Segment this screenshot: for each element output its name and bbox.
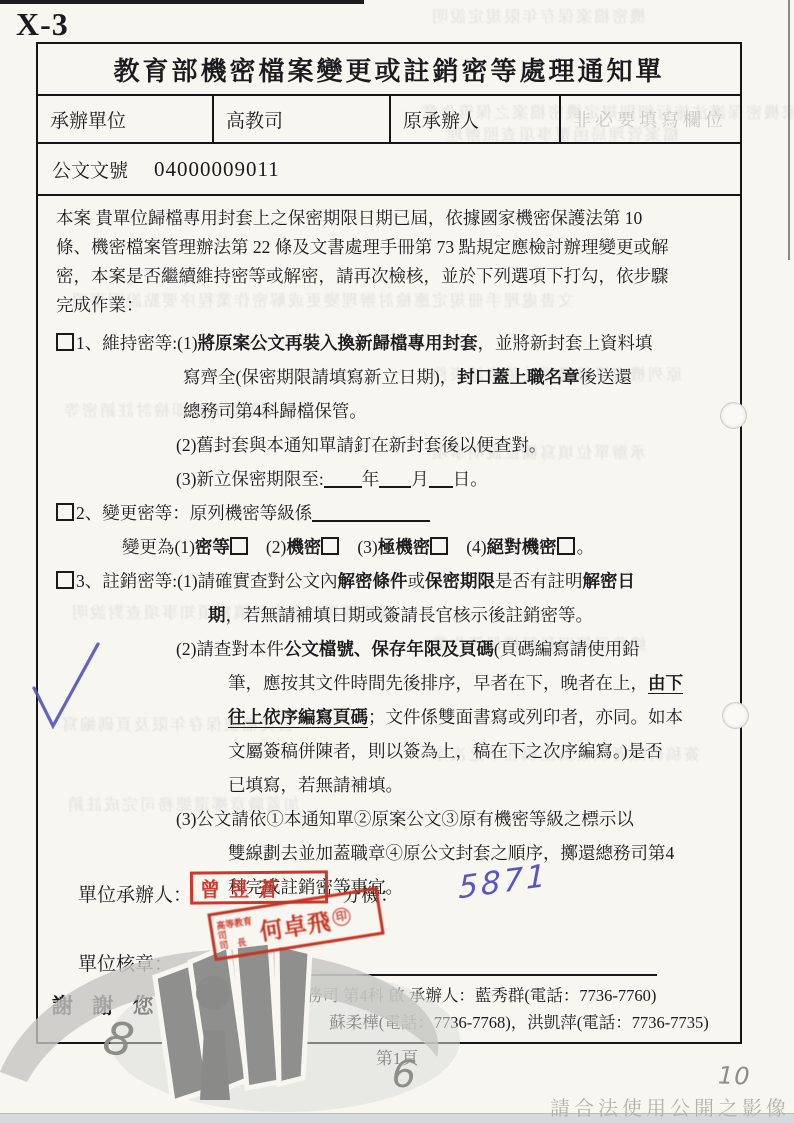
original-handler-label: 原承辦人 xyxy=(391,96,561,142)
item1-line3: 總務司第4科歸檔保管。 xyxy=(56,394,728,428)
intro-paragraph: 本案 貴單位歸檔專用封套上之保密期限日期已屆，依據國家機密保護法第 10 條、機… xyxy=(56,204,728,320)
checkbox-item1[interactable] xyxy=(56,333,74,351)
form-code-label: X-3 xyxy=(16,6,69,43)
checkbox-grade-1[interactable] xyxy=(230,537,248,555)
item3-line5: 往上依序編寫頁碼；文件係雙面書寫或列印者，亦同。如本 xyxy=(56,700,728,734)
intro-line: 密，本案是否繼續維持密等或解密，請再次檢核，並於下列選項下打勾，依步驟 xyxy=(56,262,728,291)
thanks-text: 謝 謝 您 的 合 作 xyxy=(52,982,281,1036)
unit-seal-row: 單位核章： xyxy=(78,949,657,976)
contact-line1: 總務司 第4科 啟 承辦人：藍秀群(電話：7736-7760) xyxy=(289,982,708,1009)
item3-line9: 雙線劃去並加蓋職章④原公文封套之順序，擲還總務司第4 xyxy=(56,836,728,870)
year-blank[interactable] xyxy=(324,470,362,488)
item1-sub2: (2)舊封套與本通知單請釘在新封套後以便查對。 xyxy=(56,428,728,462)
item2-line1: 2、變更密等：原列機密等級係 xyxy=(56,496,728,530)
item3-sub3: (3)公文請依①本通知單②原案公文③原有機密等級之標示以 xyxy=(56,802,728,836)
handling-unit-value[interactable]: 高教司 xyxy=(214,96,391,142)
month-blank[interactable] xyxy=(379,470,411,488)
contact-line2: 蘇柔樺(電話：7736-7768)，洪凱萍(電話：7736-7735) xyxy=(289,1009,708,1036)
notice-form: 教育部機密檔案變更或註銷密等處理通知單 承辦單位 高教司 原承辦人 非必要填寫欄… xyxy=(36,42,742,1044)
item3-line6: 文屬簽稿併陳者，則以簽為上，稿在下之次序編寫。)是否 xyxy=(56,734,728,768)
optional-field-note: 非必要填寫欄位 xyxy=(561,96,740,142)
checkbox-item2[interactable] xyxy=(56,503,74,521)
intro-line: 本案 貴單位歸檔專用封套上之保密期限日期已屆，依據國家機密保護法第 10 xyxy=(56,204,728,233)
original-grade-blank[interactable] xyxy=(312,504,430,522)
intro-line: 完成作業： xyxy=(56,291,728,320)
footer-row: 謝 謝 您 的 合 作 總務司 第4科 啟 承辦人：藍秀群(電話：7736-77… xyxy=(52,982,728,1036)
form-body: 本案 貴單位歸檔專用封套上之保密期限日期已屆，依據國家機密保護法第 10 條、機… xyxy=(38,196,740,904)
item3-line4: 筆，應按其文件時間先後排序，早者在下，晚者在上，由下 xyxy=(56,666,728,700)
doc-number-value[interactable]: 04000009011 xyxy=(154,157,280,182)
checkbox-item3[interactable] xyxy=(56,571,74,589)
hole-punch xyxy=(720,402,747,429)
scan-right-edge xyxy=(788,0,790,260)
scan-top-edge xyxy=(0,0,364,4)
item3-line2: 期，若無請補填日期或簽請長官核示後註銷密等。 xyxy=(56,598,728,632)
doc-number-row: 公文文號 04000009011 xyxy=(38,144,740,196)
doc-number-label: 公文文號 xyxy=(52,156,128,183)
approver-name: 何卓飛 xyxy=(257,902,333,946)
day-blank[interactable] xyxy=(429,470,453,488)
checkbox-grade-2[interactable] xyxy=(321,537,339,555)
item2-line2: 變更為(1)密等(2)機密(3)極機密(4)絕對機密。 xyxy=(56,530,728,564)
form-header-row: 承辦單位 高教司 原承辦人 非必要填寫欄位 xyxy=(38,96,740,144)
unit-seal-signature-line[interactable] xyxy=(179,952,657,976)
contact-info: 總務司 第4科 啟 承辦人：藍秀群(電話：7736-7760) 蘇柔樺(電話：7… xyxy=(289,982,708,1036)
item3-sub2: (2)請查對本件公文檔號、保存年限及頁碼(頁碼編寫請使用鉛 xyxy=(56,632,728,666)
handling-unit-label: 承辦單位 xyxy=(38,96,214,142)
form-title-row: 教育部機密檔案變更或註銷密等處理通知單 xyxy=(38,44,740,96)
item1-line1: 1、維持密等:(1)將原案公文再裝入換新歸檔專用封套，並將新封套上資料填 xyxy=(56,326,728,360)
item1-sub3: (3)新立保密期限至:年月日。 xyxy=(56,462,728,496)
checkbox-grade-3[interactable] xyxy=(430,537,448,555)
bleedthrough-text: 機密檔案保存年限規定說明 xyxy=(430,4,646,27)
unit-seal-label: 單位核章： xyxy=(78,949,173,976)
checkbox-grade-4[interactable] xyxy=(557,537,575,555)
item3-line7: 已填寫，若無請補填。 xyxy=(56,768,728,802)
unit-handler-label: 單位承辦人： xyxy=(78,880,192,907)
copyright-watermark: 請合法使用公開之影像 xyxy=(550,1092,790,1121)
item3-line1: 3、註銷密等:(1)請確實查對公文內解密條件或保密期限是否有註明解密日 xyxy=(56,564,728,598)
intro-line: 條、機密檔案管理辦法第 22 條及文書處理手冊第 73 點規定應檢討辦理變更或解 xyxy=(56,233,728,262)
seal-mark: 印 xyxy=(331,907,352,928)
hole-punch xyxy=(722,702,749,729)
scanned-document-page: { "page": { "corner_label": "X-3", "page… xyxy=(0,0,794,1123)
pencil-mark-right: 10 xyxy=(718,1061,752,1090)
pencil-mark-center: 6 xyxy=(390,1051,417,1097)
item1-line2: 寫齊全(保密期限請填寫新立日期)，封口蓋上職名章後送還 xyxy=(56,360,728,394)
form-title: 教育部機密檔案變更或註銷密等處理通知單 xyxy=(113,51,664,88)
